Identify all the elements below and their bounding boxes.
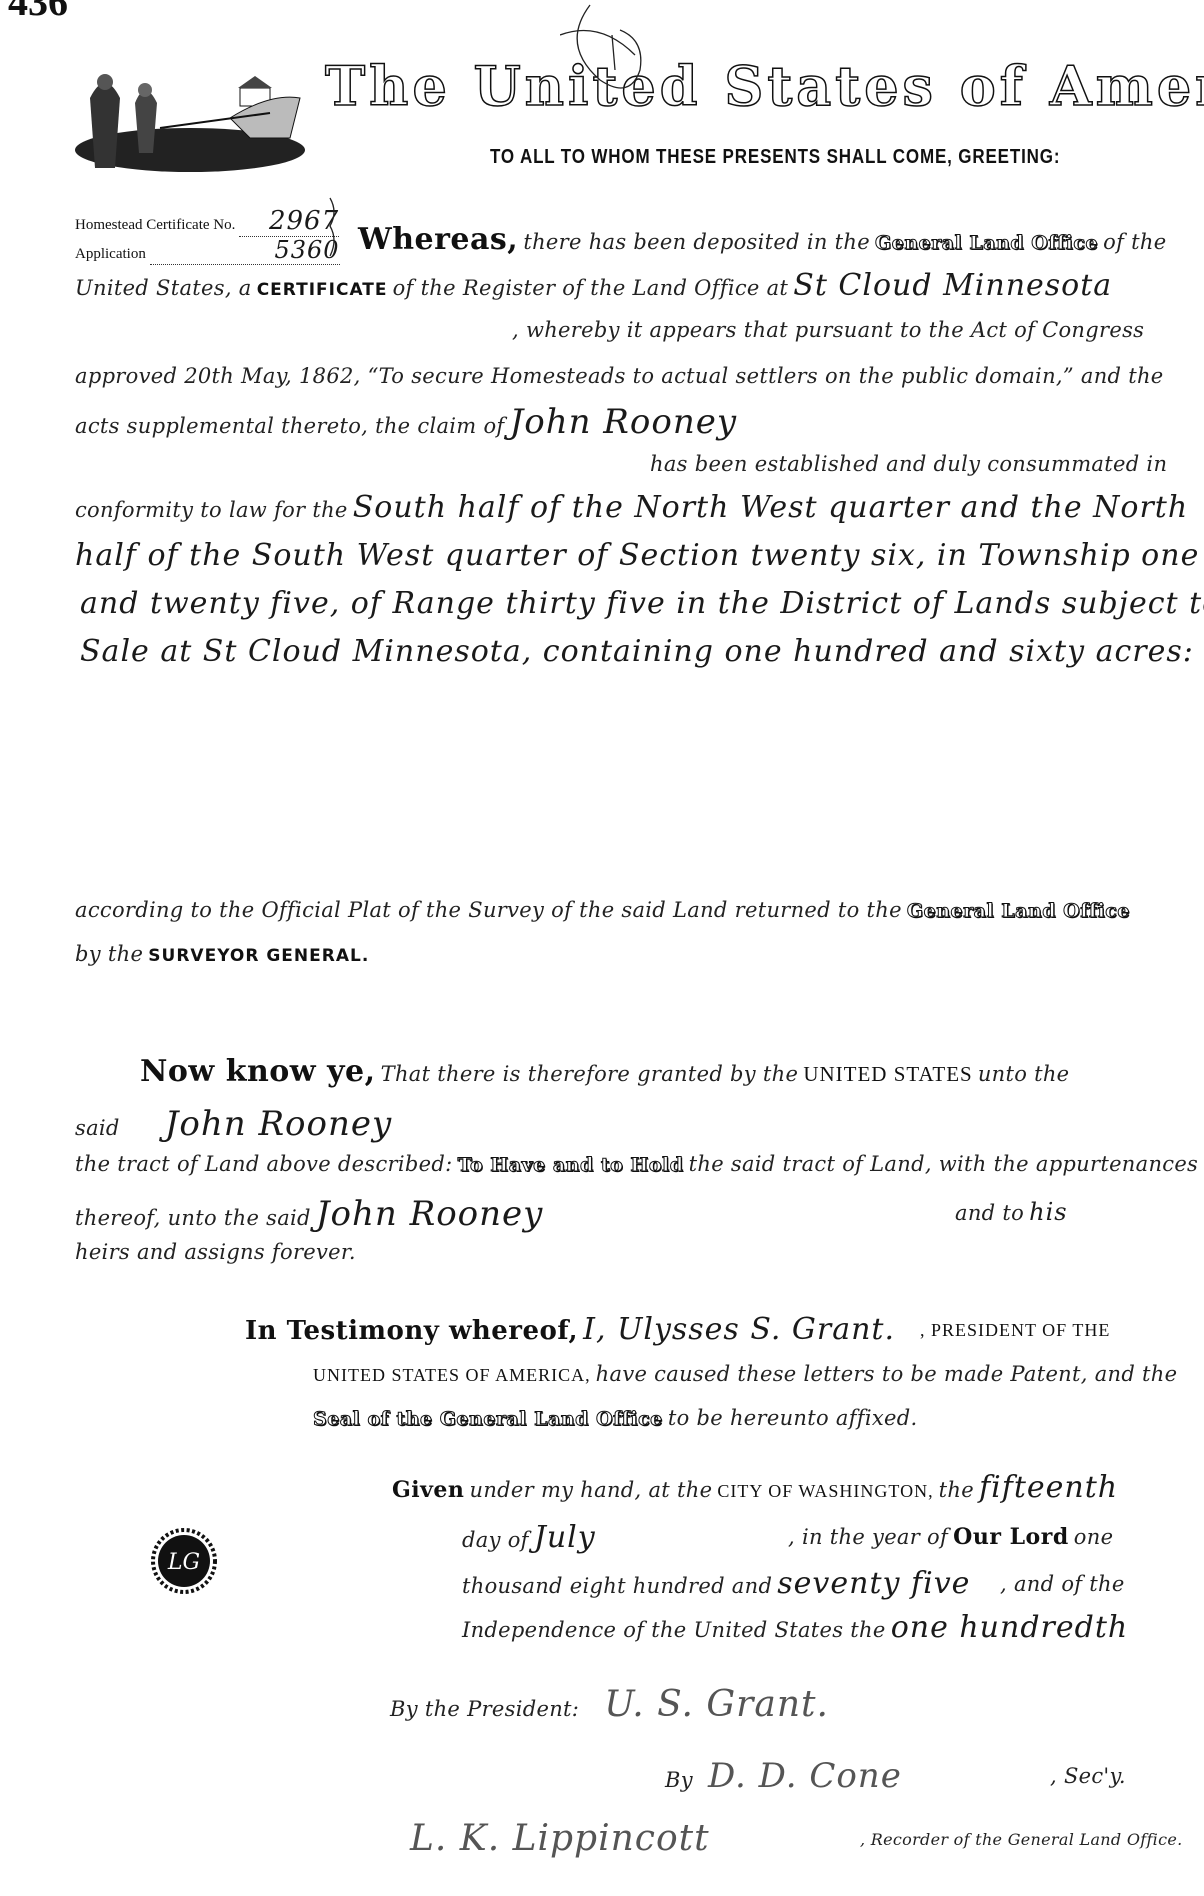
grant-line-5: heirs and assigns forever. [75,1240,356,1264]
whereas-line-4: approved 20th May, 1862, “To secure Home… [75,364,1164,388]
handwritten-mark [560,0,690,110]
application-number-field: Application 5360 [75,236,340,265]
grant-line-2: said John Rooney [75,1104,392,1144]
application-label: Application [75,246,146,262]
to-have-and-to-hold: To Have and to Hold [458,1154,684,1176]
pronoun: his [1029,1198,1067,1226]
whereas-line-1: Whereas, there has been deposited in the… [358,222,1166,257]
given-lead: Given [392,1477,464,1503]
testimony-line-3: Seal of the General Land Office to be he… [313,1406,917,1430]
grant-line-4: thereof, unto the said John Rooney [75,1194,543,1234]
land-description-2: half of the South West quarter of Sectio… [75,538,1204,573]
given-line-1: Given under my hand, at the CITY OF WASH… [392,1470,1118,1505]
in-testimony-whereof: In Testimony whereof, [245,1316,578,1346]
svg-text:LG: LG [167,1550,200,1575]
grantee-name-2: John Rooney [316,1194,543,1234]
month-value: July [534,1520,596,1555]
certificate-word: CERTIFICATE [257,280,388,300]
land-description-4: Sale at St Cloud Minnesota, containing o… [80,634,1194,669]
survey-line-1: according to the Official Plat of the Su… [75,898,1130,922]
secretary-signature-line: By D. D. Cone [665,1756,902,1796]
farm-vignette-illustration [70,58,310,178]
president-signature-line: By the President: U. S. Grant. [390,1684,829,1725]
grantee-name: John Rooney [165,1104,392,1144]
recorder-signature: L. K. Lippincott [410,1818,710,1859]
land-description-3: and twenty five, of Range thirty five in… [80,586,1204,621]
united-states: UNITED STATES [803,1062,972,1086]
seal-of-glo: Seal of the General Land Office [313,1408,663,1430]
surveyor-general: SURVEYOR GENERAL. [148,946,369,966]
given-line-3-end: , and of the [1000,1572,1125,1596]
page-number: 436 [8,0,68,25]
president-signature: U. S. Grant. [604,1684,829,1725]
given-line-4: Independence of the United States the on… [462,1610,1128,1645]
grant-line-3: the tract of Land above described: To Ha… [75,1152,1198,1176]
year-value: seventy five [777,1566,970,1601]
day-value: fifteenth [979,1470,1118,1505]
president-name: I, Ulysses S. Grant. [583,1312,895,1347]
certificate-number-field: Homestead Certificate No. 2967 [75,206,339,237]
survey-line-2: by the SURVEYOR GENERAL. [75,942,369,966]
brace-mark [327,196,341,258]
claimant-name: John Rooney [510,402,737,442]
given-line-2-end: , in the year of Our Lord one [788,1524,1113,1550]
given-line-2: day of July [462,1520,596,1555]
general-land-office-2: General Land Office [907,900,1130,922]
independence-value: one hundredth [891,1610,1129,1645]
document-title: The United States of America, [325,54,1204,118]
grant-line-1: Now know ye, That there is therefore gra… [140,1054,1069,1089]
recorder-title: , Recorder of the General Land Office. [860,1830,1183,1849]
testimony-line-2: UNITED STATES OF AMERICA, have caused th… [313,1362,1177,1386]
now-know-ye: Now know ye, [140,1054,376,1089]
testimony-line-1: In Testimony whereof, I, Ulysses S. Gran… [245,1312,895,1347]
whereas-line-7: conformity to law for the South half of … [75,490,1188,525]
secretary-title: , Sec'y. [1050,1764,1126,1788]
secretary-signature: D. D. Cone [708,1756,902,1796]
whereas-line-6: has been established and duly consummate… [650,452,1167,476]
certificate-label: Homestead Certificate No. [75,217,235,233]
grant-line-4-end: and to his [955,1198,1068,1226]
greeting: TO ALL TO WHOM THESE PRESENTS SHALL COME… [490,146,1060,169]
land-office-location: St Cloud Minnesota [793,268,1112,303]
testimony-line-1-end: , PRESIDENT OF THE [920,1320,1110,1341]
whereas-line-3: , whereby it appears that pursuant to th… [512,318,1144,342]
given-line-3: thousand eight hundred and seventy five [462,1566,970,1601]
whereas-line-5: acts supplemental thereto, the claim of … [75,402,737,442]
whereas-line-2: United States, a CERTIFICATE of the Regi… [75,268,1112,303]
seal-icon: LG [150,1527,218,1595]
land-description-1: South half of the North West quarter and… [353,490,1188,525]
whereas-lead: Whereas, [358,222,518,257]
general-land-office: General Land Office [875,232,1098,254]
